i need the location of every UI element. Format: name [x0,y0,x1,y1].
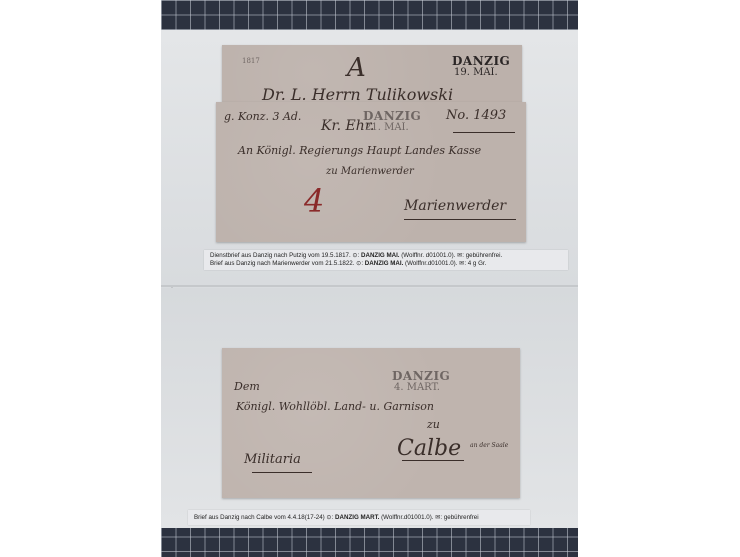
postmark-symbol-icon: ⊙: [352,252,361,259]
danzig-postmark: DANZIG 21. MAI. [363,110,421,133]
destination: Marienwerder [404,198,506,214]
underline [402,460,464,461]
danzig-postmark: DANZIG 19. MAI. [452,55,510,78]
caption-lower: Brief aus Danzig nach Calbe vom 4.4.18(1… [188,510,530,525]
caption-upper: Dienstbrief aus Danzig nach Putzig vom 1… [204,250,568,270]
address-line: zu Marienwerder [326,166,414,177]
address-line: An Königl. Regierungs Haupt Landes Kasse [238,144,481,157]
cover-3: Dem Königl. Wohllöbl. Land- u. Garnison … [222,348,520,498]
postmark-symbol-icon: ⊙: [326,514,335,521]
address-line: A [347,53,366,83]
address-line: Dem [234,380,260,393]
underline [252,472,312,473]
envelope-icon: ✉: [459,260,468,267]
address-line: zu [427,418,440,431]
strip-divider [161,285,578,287]
militaria-note: Militaria [244,452,301,467]
postmark-symbol-icon: ⊙: [356,260,365,267]
underline [404,219,516,220]
caption-line-1: Dienstbrief aus Danzig nach Putzig vom 1… [210,252,562,260]
rate-mark-red: 4 [304,182,324,220]
top-left-note: g. Konz. 3 Ad. [224,110,301,123]
envelope-icon: ✉: [435,514,444,521]
destination-note: an der Saale [470,442,508,449]
caption-line-2: Brief aus Danzig nach Marienwerder vom 2… [210,260,562,268]
danzig-postmark: DANZIG 4. MART. [392,370,450,393]
address-line: Königl. Wohllöbl. Land- u. Garnison [236,400,434,413]
destination: Calbe [397,436,461,461]
envelope-icon: ✉: [457,252,466,259]
registry-number: No. 1493 [446,108,506,123]
underline [453,132,515,133]
pencil-note: 1817 [242,57,260,65]
cover-2: g. Konz. 3 Ad. Kr. Ehr. DANZIG 21. MAI. … [216,102,526,242]
